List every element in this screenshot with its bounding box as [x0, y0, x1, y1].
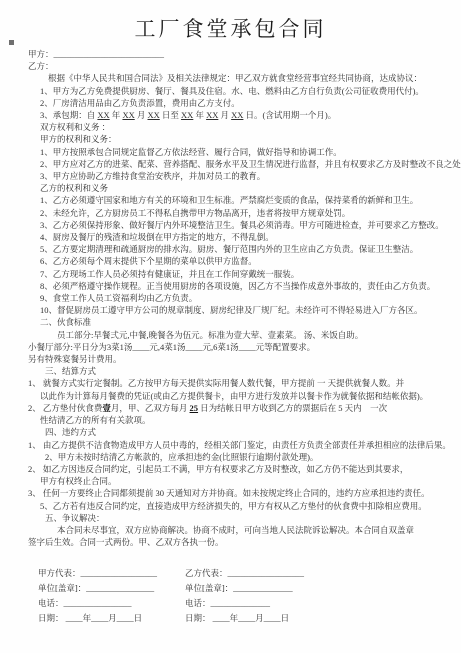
- party-b-phone-line: 电话：______________: [185, 596, 332, 611]
- contract-text-segment: 3、承包期：自: [40, 110, 97, 120]
- contract-text-segment: 日至: [160, 110, 181, 120]
- contract-text-segment: 月: [135, 110, 148, 120]
- contract-text-segment: 五、争议解决：: [45, 513, 105, 523]
- contract-text-segment: 根据《中华人民共和国合同法》及相关法律规定：甲乙双方就食堂经营事宜经共同协商，达…: [48, 73, 422, 83]
- contract-text-segment: 5、乙方要定期清理和疏通厨房的排水沟。厨房、餐厅范围内外的卫生应由乙方负责。保证…: [40, 244, 418, 254]
- contract-line: 甲方：__________________________: [28, 48, 461, 60]
- contract-line: 6、乙方必须每个周末提供下个星期的菜单以供甲方监督。: [28, 255, 461, 267]
- contract-text-segment: 7、乙方现场工作人员必须持有健康证，并且在工作间穿戴统一服装。: [40, 269, 299, 279]
- contract-text-segment: 2、未经允许，乙方厨房员工不得私自携带甲方物品离开，违者将按甲方规章处罚。: [40, 208, 350, 218]
- contract-text-segment: 2、甲方未按时结清乙方帐款的，应承担违约金(比照银行逾期付款处理)。: [45, 452, 318, 462]
- contract-text-segment: 日为结帐日甲方收到乙方的票据后在 5 天内 一次: [198, 403, 387, 413]
- contract-line: 员工部分:早餐弍元,中餐,晚餐各为伍元。标准为壹大荤、壹素菜。 汤、米饭自助。: [28, 329, 461, 341]
- contract-text-segment: 性结清乙方的所有有关款项。: [40, 415, 151, 425]
- contract-text-segment: 甲方：__________________________: [28, 49, 164, 59]
- party-b-date-line: 日期： ____年____月____日: [185, 611, 332, 626]
- contract-text-segment: 三、结算方式: [45, 366, 96, 376]
- party-b-representative-line: 乙方代表：__________________: [185, 566, 332, 581]
- contract-line: 10、督促厨房员工遵守甲方公司的规章制度、厨房纪律及厂规厂纪。未经许可不得轻易进…: [28, 304, 461, 316]
- contract-line: 以此作为计算每月餐费的凭证(或由乙方提供餐卡，由甲方进行发放并以餐卡作为就餐依据…: [28, 390, 461, 402]
- contract-text-segment: 2、厂房清洁用品由乙方负责添置，费用由乙方支付。: [40, 98, 240, 108]
- contract-text-segment: XX: [206, 110, 218, 120]
- contract-text-segment: 小餐厅部分:平日分为3菜1汤____元,4菜1汤____元,6菜1汤____元等…: [28, 342, 315, 352]
- contract-text-segment: 4、厨房及餐厅的残渣和垃圾倒在甲方指定的地方，不得乱倒。: [40, 232, 274, 242]
- contract-text-segment: 甲方有权终止合同。: [40, 476, 117, 486]
- contract-text-segment: XX: [147, 110, 159, 120]
- contract-text-segment: 6、乙方必须每个周末提供下个星期的菜单以供甲方监督。: [40, 256, 257, 266]
- contract-line: 1、甲方按照承包合同规定监督乙方依法经营、履行合同，做好指导和协调工作。: [28, 146, 461, 158]
- party-a-unit-seal-line: 单位[盖章]：________________: [38, 581, 185, 596]
- contract-text-segment: 1、甲方按照承包合同规定监督乙方依法经营、履行合同，做好指导和协调工作。: [40, 147, 342, 157]
- contract-line: 7、乙方现场工作人员必须持有健康证，并且在工作间穿戴统一服装。: [28, 268, 461, 280]
- contract-body: 甲方：__________________________乙方：根据《中华人民共…: [0, 48, 461, 548]
- contract-line: 9、食堂工作人员工资福利均由乙方负责。: [28, 292, 461, 304]
- contract-line: 1、 就餐方式实行定餐制。乙方按甲方每天提供实际用餐人数代餐，甲方提前 一 天提…: [28, 377, 461, 389]
- contract-text-segment: 本合同未尽事宜，双方应协商解决。协商不成时，可向当地人民法院诉讼解决。本合同自双…: [57, 525, 414, 535]
- contract-line: 3、甲方应协助乙方维持食堂治安秩序，并加对员工的教育。: [28, 170, 461, 182]
- contract-line: 2、未经允许，乙方厨房员工不得私自携带甲方物品离开，违者将按甲方规章处罚。: [28, 207, 461, 219]
- contract-text-segment: 3、甲方应协助乙方维持食堂治安秩序，并加对员工的教育。: [40, 171, 265, 181]
- contract-text-segment: 3、 任何一方要终止合同都须提前 30 天通知对方并协商。如未按规定终止合同的，…: [28, 488, 430, 498]
- contract-text-segment: 员工部分:早餐弍元,中餐,晚餐各为伍元。标准为壹大荤、壹素菜。 汤、米饭自助。: [57, 330, 363, 340]
- contract-line: 甲方有权终止合同。: [28, 475, 461, 487]
- contract-text-segment: 2、 如乙方因违反合同约定，引起员工不满，甲方有权要求乙方及时整改，如乙方仍不能…: [28, 464, 408, 474]
- contract-line: 2、甲方应对乙方的进菜、配菜、营养搭配、服务水平及卫生情况进行监督，并且有权要求…: [28, 158, 461, 170]
- scan-artifact-speck: [9, 40, 14, 45]
- contract-text-segment: 2、甲方应对乙方的进菜、配菜、营养搭配、服务水平及卫生情况进行监督，并且有权要求…: [40, 159, 461, 169]
- contract-line: 3、 任何一方要终止合同都须提前 30 天通知对方并协商。如未按规定终止合同的，…: [28, 487, 461, 499]
- contract-line: 2、 乙方垫付伙食费壹月，甲、乙双方每月 25 日为结帐日甲方收到乙方的票据后在…: [28, 402, 461, 414]
- contract-line: 本合同未尽事宜，双方应协商解决。协商不成时，可向当地人民法院诉讼解决。本合同自双…: [28, 524, 461, 536]
- party-a-signature-column: 甲方代表：__________________ 单位[盖章]：_________…: [38, 566, 185, 626]
- contract-text-segment: 1、甲方为乙方免费提供厨房、餐厅、餐具及住宿。水、电、燃料由乙方自行负责(公司征…: [40, 86, 424, 96]
- contract-line: 五、争议解决：: [28, 512, 461, 524]
- contract-line: 1、 由乙方提供不洁食物造成甲方人员中毒的，经相关部门鉴定，由责任方负责全部责任…: [28, 439, 461, 451]
- contract-text-segment: 1、乙方必须遵守国家和地方有关的环境和卫生标准。严禁腐烂变质的食品，保持菜肴的新…: [40, 195, 418, 205]
- contract-line: 另有特殊宴餐另计费用。: [28, 353, 461, 365]
- contract-line: 双方权利和义务 ：: [28, 121, 461, 133]
- contract-text-segment: 3、乙方必须保持形象、做好餐厅内外环境整洁卫生。餐具必须消毒。甲方可随进检查，并…: [40, 220, 444, 230]
- contract-text-segment: 1、 就餐方式实行定餐制。乙方按甲方每天提供实际用餐人数代餐，甲方提前 一 天提…: [28, 378, 404, 388]
- contract-line: 乙方的权利和义务: [28, 182, 461, 194]
- contract-line: 2、甲方未按时结清乙方帐款的，应承担违约金(比照银行逾期付款处理)。: [28, 451, 461, 463]
- contract-line: 乙方：: [28, 60, 461, 72]
- party-b-unit-seal-line: 单位[盖章]：______________: [185, 581, 332, 596]
- contract-line: 5、乙方若有违反合同约定，直接造成甲方经济损失的，甲方有权从乙方垫付的伙食费中扣…: [28, 500, 461, 512]
- contract-text-segment: 二、伙食标准: [40, 317, 91, 327]
- contract-text-segment: 年: [193, 110, 206, 120]
- contract-document-page: 工厂食堂承包合同 甲方：__________________________乙方…: [0, 0, 461, 653]
- party-b-signature-column: 乙方代表：__________________ 单位[盖章]：_________…: [185, 566, 332, 626]
- contract-text-segment: 签字后生效。合同一式两份。甲、乙双方各执一份。: [28, 537, 224, 547]
- contract-text-segment: XX: [122, 110, 134, 120]
- contract-line: 四、违约方式: [28, 426, 461, 438]
- contract-line: 性结清乙方的所有有关款项。: [28, 414, 461, 426]
- contract-line: 二、伙食标准: [28, 316, 461, 328]
- contract-text-segment: 月: [218, 110, 231, 120]
- contract-line: 3、乙方必须保持形象、做好餐厅内外环境整洁卫生。餐具必须消毒。甲方可随进检查，并…: [28, 219, 461, 231]
- party-a-date-line: 日期： ____年____月____日: [38, 611, 185, 626]
- page-title: 工厂食堂承包合同: [0, 0, 461, 43]
- contract-line: 8、必须严格遵守操作规程。正当使用厨房的各项设施，因乙方不当操作成意外事故的，责…: [28, 280, 461, 292]
- contract-line: 1、甲方为乙方免费提供厨房、餐厅、餐具及住宿。水、电、燃料由乙方自行负责(公司征…: [28, 85, 461, 97]
- contract-text-segment: 四、违约方式: [45, 427, 96, 437]
- contract-text-segment: 1、 由乙方提供不洁食物造成甲方人员中毒的，经相关部门鉴定，由责任方负责全部责任…: [28, 440, 451, 450]
- contract-line: 5、乙方要定期清理和疏通厨房的排水沟。厨房、餐厅范围内外的卫生应由乙方负责。保证…: [28, 243, 461, 255]
- contract-text-segment: 年: [110, 110, 123, 120]
- contract-line: 2、 如乙方因违反合同约定，引起员工不满，甲方有权要求乙方及时整改，如乙方仍不能…: [28, 463, 461, 475]
- contract-text-segment: 双方权利和义务 ：: [40, 122, 110, 132]
- contract-text-segment: 乙方：: [28, 61, 54, 71]
- party-a-representative-line: 甲方代表：__________________: [38, 566, 185, 581]
- contract-text-segment: 另有特殊宴餐另计费用。: [28, 354, 122, 364]
- contract-text-segment: 8、必须严格遵守操作规程。正当使用厨房的各项设施，因乙方不当操作成意外事故的，责…: [40, 281, 435, 291]
- contract-line: 4、厨房及餐厅的残渣和垃圾倒在甲方指定的地方，不得乱倒。: [28, 231, 461, 243]
- contract-text-segment: 9、食堂工作人员工资福利均由乙方负责。: [40, 293, 197, 303]
- contract-text-segment: XX: [231, 110, 243, 120]
- contract-text-segment: 甲方的权利和义务：: [40, 134, 117, 144]
- contract-text-segment: XX: [97, 110, 109, 120]
- contract-text-segment: 月，甲、乙双方每月: [111, 403, 190, 413]
- contract-line: 甲方的权利和义务：: [28, 133, 461, 145]
- contract-line: 1、乙方必须遵守国家和地方有关的环境和卫生标准。严禁腐烂变质的食品，保持菜肴的新…: [28, 194, 461, 206]
- contract-line: 3、承包期：自 XX 年 XX 月 XX 日至 XX 年 XX 月 XX 日。(…: [28, 109, 461, 121]
- contract-line: 小餐厅部分:平日分为3菜1汤____元,4菜1汤____元,6菜1汤____元等…: [28, 341, 461, 353]
- signature-block: 甲方代表：__________________ 单位[盖章]：_________…: [0, 566, 461, 626]
- contract-text-segment: 25: [190, 403, 199, 413]
- party-a-phone-line: 电话：________________: [38, 596, 185, 611]
- contract-line: 三、结算方式: [28, 365, 461, 377]
- contract-text-segment: 日。(含试用期一个月)。: [243, 110, 336, 120]
- contract-text-segment: 2、 乙方垫付伙食费: [28, 403, 102, 413]
- contract-line: 2、厂房清洁用品由乙方负责添置，费用由乙方支付。: [28, 97, 461, 109]
- contract-text-segment: XX: [181, 110, 193, 120]
- contract-text-segment: 5、乙方若有违反合同约定，直接造成甲方经济损失的，甲方有权从乙方垫付的伙食费中扣…: [40, 501, 427, 511]
- contract-text-segment: 以此作为计算每月餐费的凭证(或由乙方提供餐卡，由甲方进行发放并以餐卡作为就餐依据…: [40, 391, 428, 401]
- contract-text-segment: 壹: [102, 403, 111, 413]
- contract-line: 根据《中华人民共和国合同法》及相关法律规定：甲乙双方就食堂经营事宜经共同协商，达…: [28, 72, 461, 84]
- contract-text-segment: 乙方的权利和义务: [40, 183, 108, 193]
- contract-line: 签字后生效。合同一式两份。甲、乙双方各执一份。: [28, 536, 461, 548]
- contract-text-segment: 10、督促厨房员工遵守甲方公司的规章制度、厨房纪律及厂规厂纪。未经许可不得轻易进…: [40, 305, 423, 315]
